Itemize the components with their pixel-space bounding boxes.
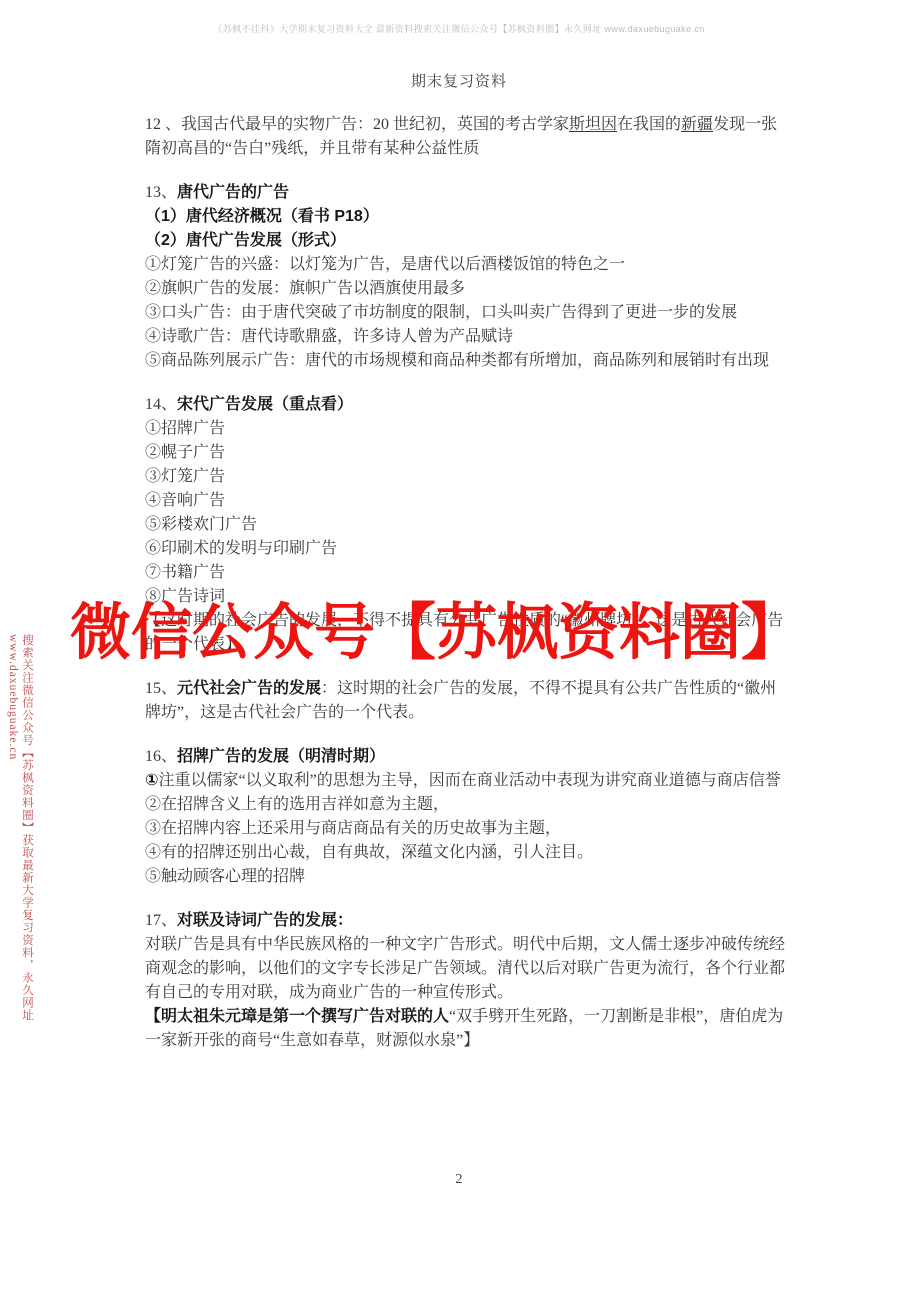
section-16-item-1: ①注重以儒家“以义取利”的思想为主导，因而在商业活动中表现为讲究商业道德与商店信… bbox=[145, 769, 787, 793]
text-run: ⑤触动顾客心理的招牌 bbox=[145, 868, 305, 885]
section-13-sub-1: （1）唐代经济概况（看书 P18） bbox=[145, 205, 787, 229]
text-run: ⑥印刷术的发明与印刷广告 bbox=[145, 540, 337, 557]
section-13-sub-2: （2）唐代广告发展（形式） bbox=[145, 229, 787, 253]
text-run: 注重以儒家“以义取利”的思想为主导，因而在商业活动中表现为讲究商业道德与商店信誉 bbox=[159, 772, 781, 789]
text-run: ③口头广告：由于唐代突破了市坊制度的限制，口头叫卖广告得到了更进一步的发展 bbox=[145, 304, 737, 321]
text-run: ⑤彩楼欢门广告 bbox=[145, 516, 257, 533]
text-run: ①招牌广告 bbox=[145, 420, 225, 437]
text-run: ①灯笼广告的兴盛：以灯笼为广告，是唐代以后酒楼饭馆的特色之一 bbox=[145, 256, 625, 273]
section-17-heading: 17、对联及诗词广告的发展： bbox=[145, 909, 787, 933]
section-13-item-4: ④诗歌广告：唐代诗歌鼎盛，许多诗人曾为产品赋诗 bbox=[145, 325, 787, 349]
text-run: 13、 bbox=[145, 184, 177, 201]
section-13-heading: 13、唐代广告的广告 bbox=[145, 181, 787, 205]
text-run: ②幌子广告 bbox=[145, 444, 225, 461]
section-17-paragraph: 对联广告是具有中华民族风格的一种文字广告形式。明代中后期，文人儒士逐步冲破传统经… bbox=[145, 933, 787, 1005]
text-run: ④诗歌广告：唐代诗歌鼎盛，许多诗人曾为产品赋诗 bbox=[145, 328, 513, 345]
text-run: ④音响广告 bbox=[145, 492, 225, 509]
text-run: ②旗帜广告的发展：旗帜广告以酒旗使用最多 bbox=[145, 280, 465, 297]
text-run: ① bbox=[145, 772, 159, 789]
text-run: （2）唐代广告发展（形式） bbox=[145, 232, 346, 249]
text-run: ⑦书籍广告 bbox=[145, 564, 225, 581]
section-14-item-2: ②幌子广告 bbox=[145, 441, 787, 465]
section-16-item-5: ⑤触动顾客心理的招牌 bbox=[145, 865, 787, 889]
section-13-item-1: ①灯笼广告的兴盛：以灯笼为广告，是唐代以后酒楼饭馆的特色之一 bbox=[145, 253, 787, 277]
text-run: 15、 bbox=[145, 680, 177, 697]
section-13-item-3: ③口头广告：由于唐代突破了市坊制度的限制，口头叫卖广告得到了更进一步的发展 bbox=[145, 301, 787, 325]
page-number: 2 bbox=[0, 1172, 918, 1188]
section-15-paragraph: 15、元代社会广告的发展：这时期的社会广告的发展，不得不提具有公共广告性质的“徽… bbox=[145, 677, 787, 725]
section-14-item-6: ⑥印刷术的发明与印刷广告 bbox=[145, 537, 787, 561]
text-run: 在我国的 bbox=[617, 116, 681, 133]
section-14-item-4: ④音响广告 bbox=[145, 489, 787, 513]
section-17-note: 【明太祖朱元璋是第一个撰写广告对联的人“双手劈开生死路，一刀割断是非根”，唐伯虎… bbox=[145, 1005, 787, 1053]
content: 12 、我国古代最早的实物广告：20 世纪初，英国的考古学家斯坦因在我国的新疆发… bbox=[145, 113, 787, 1053]
page-header-note: 《苏枫不挂科》大学期末复习资料大全 最新资料搜索关注微信公众号【苏枫资料圈】永久… bbox=[0, 22, 918, 35]
text-run: 【明太祖朱元璋是 bbox=[145, 1008, 273, 1025]
text-run: ②在招牌含义上有的选用吉祥如意为主题， bbox=[145, 796, 449, 813]
section-14-item-7: ⑦书籍广告 bbox=[145, 561, 787, 585]
section-12-paragraph: 12 、我国古代最早的实物广告：20 世纪初，英国的考古学家斯坦因在我国的新疆发… bbox=[145, 113, 787, 161]
section-13-item-2: ②旗帜广告的发展：旗帜广告以酒旗使用最多 bbox=[145, 277, 787, 301]
text-run: 招牌广告的发展（明清时期） bbox=[177, 748, 385, 765]
text-run: 唐代广告的广告 bbox=[177, 184, 289, 201]
text-run: 斯坦因 bbox=[569, 116, 617, 133]
text-run: ③灯笼广告 bbox=[145, 468, 225, 485]
section-13-item-5: ⑤商品陈列展示广告：唐代的市场规模和商品种类都有所增加，商品陈列和展销时有出现 bbox=[145, 349, 787, 373]
section-16-heading: 16、招牌广告的发展（明清时期） bbox=[145, 745, 787, 769]
document-page: 《苏枫不挂科》大学期末复习资料大全 最新资料搜索关注微信公众号【苏枫资料圈】永久… bbox=[0, 0, 918, 1298]
document-title: 期末复习资料 bbox=[0, 70, 918, 91]
text-run: 12 、我国古代最早的实物广告：20 世纪初，英国的考古学家 bbox=[145, 116, 569, 133]
section-14-heading: 14、宋代广告发展（重点看） bbox=[145, 393, 787, 417]
text-run: 对联广告是具有中华民族风格的一种文字广告形式。明代中后期，文人儒士逐步冲破传统经… bbox=[145, 936, 785, 1001]
text-run: ⑤商品陈列展示广告：唐代的市场规模和商品种类都有所增加，商品陈列和展销时有出现 bbox=[145, 352, 769, 369]
section-16-item-4: ④有的招牌还别出心裁，自有典故，深蕴文化内涵，引人注目。 bbox=[145, 841, 787, 865]
text-run: 14、 bbox=[145, 396, 177, 413]
text-run: 对联及诗词广告的发展： bbox=[177, 912, 353, 929]
section-14-item-1: ①招牌广告 bbox=[145, 417, 787, 441]
text-run: 17、 bbox=[145, 912, 177, 929]
section-14-item-3: ③灯笼广告 bbox=[145, 465, 787, 489]
text-run: ④有的招牌还别出心裁，自有典故，深蕴文化内涵，引人注目。 bbox=[145, 844, 593, 861]
text-run: 新疆 bbox=[681, 116, 713, 133]
text-run: 宋代广告发展（重点看） bbox=[177, 396, 353, 413]
text-run: 16、 bbox=[145, 748, 177, 765]
text-run: 第一个撰写广告对联的人 bbox=[273, 1008, 449, 1025]
side-note-vertical-text: 搜索关注微信公众号【苏枫资料圈】获取最新大学复习资料，永久网址 www.daxu… bbox=[7, 634, 35, 1094]
section-14-item-5: ⑤彩楼欢门广告 bbox=[145, 513, 787, 537]
watermark-text: 微信公众号【苏枫资料圈】 bbox=[70, 602, 802, 666]
section-16-item-3: ③在招牌内容上还采用与商店商品有关的历史故事为主题， bbox=[145, 817, 787, 841]
section-16-item-2: ②在招牌含义上有的选用吉祥如意为主题， bbox=[145, 793, 787, 817]
text-run: （1）唐代经济概况（看书 P18） bbox=[145, 208, 379, 225]
text-run: 元代社会广告的发展 bbox=[177, 680, 321, 697]
text-run: ③在招牌内容上还采用与商店商品有关的历史故事为主题， bbox=[145, 820, 561, 837]
